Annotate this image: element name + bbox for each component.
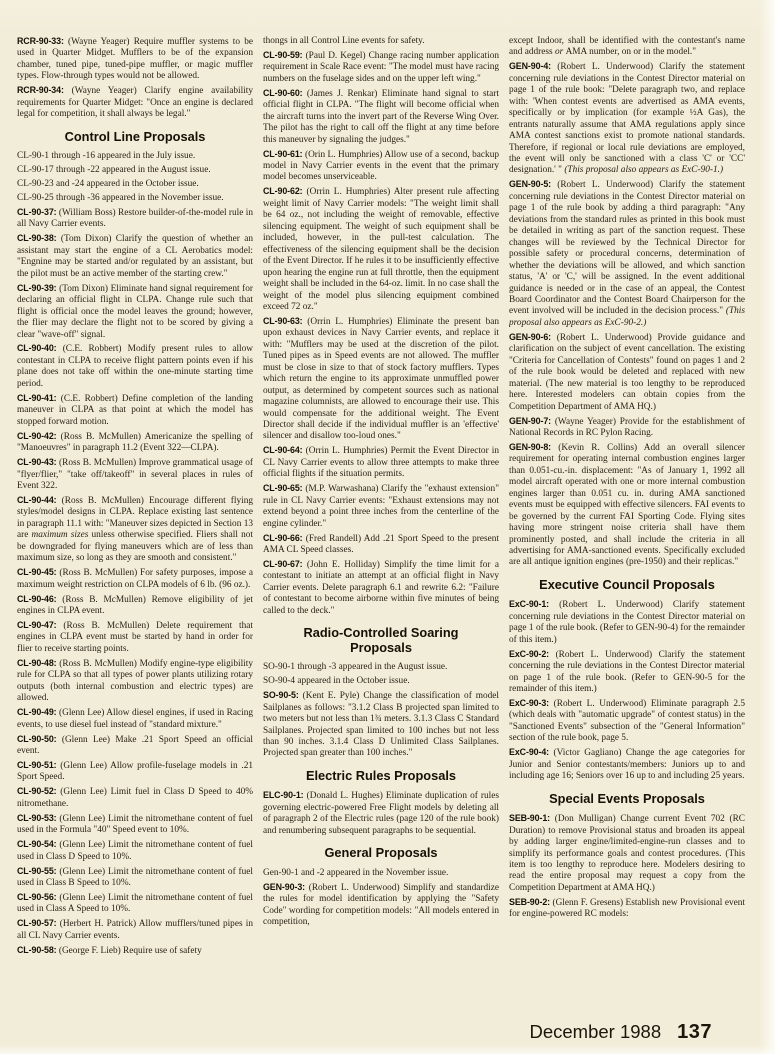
- proposal-entry: GEN-90-3: (Robert L. Underwood) Simplify…: [263, 882, 499, 929]
- proposal-entry: CL-90-50: (Glenn Lee) Make .21 Sport Spe…: [17, 734, 253, 758]
- proposal-entry: CL-90-63: (Orrin L. Humphries) Eliminate…: [263, 316, 499, 443]
- issue-note: SO-90-1 through -3 appeared in the Augus…: [263, 662, 499, 673]
- proposal-entry: ExC-90-2: (Robert L. Underwood) Clarify …: [509, 649, 745, 696]
- proposal-id: CL-90-60:: [263, 88, 303, 98]
- proposal-entry: GEN-90-4: (Robert L. Underwood) Clarify …: [509, 61, 745, 177]
- proposal-entry: CL-90-65: (M.P. Warwashana) Clarify the …: [263, 483, 499, 530]
- proposal-entry: CL-90-49: (Glenn Lee) Allow diesel engin…: [17, 707, 253, 731]
- issue-note: CL-90-25 through -36 appeared in the Nov…: [17, 193, 253, 204]
- proposal-id: CL-90-42:: [17, 431, 57, 441]
- page-number: 137: [677, 1021, 712, 1044]
- proposal-entry: CL-90-45: (Ross B. McMullen) For safety …: [17, 567, 253, 591]
- proposal-id: CL-90-58:: [17, 945, 57, 955]
- proposal-id: CL-90-56:: [17, 892, 57, 902]
- proposal-id: CL-90-51:: [17, 760, 57, 770]
- issue-note: Gen-90-1 and -2 appeared in the November…: [263, 868, 499, 879]
- proposal-entry: CL-90-47: (Ross B. McMullen) Delete requ…: [17, 620, 253, 655]
- proposal-id: SEB-90-2:: [509, 897, 550, 907]
- proposal-id: CL-90-40:: [17, 343, 57, 353]
- proposal-entry: CL-90-38: (Tom Dixon) Clarify the questi…: [17, 233, 253, 280]
- proposal-id: CL-90-43:: [17, 457, 57, 467]
- proposal-id: GEN-90-3:: [263, 882, 305, 892]
- proposal-id: CL-90-49:: [17, 707, 57, 717]
- issue-date: December 1988: [529, 1021, 661, 1043]
- proposal-id: CL-90-66:: [263, 533, 303, 543]
- proposal-entry: SEB-90-2: (Glenn F. Gresens) Establish n…: [509, 897, 745, 921]
- proposal-entry: CL-90-57: (Herbert H. Patrick) Allow muf…: [17, 918, 253, 942]
- proposal-id: CL-90-61:: [263, 149, 303, 159]
- proposal-id: CL-90-63:: [263, 316, 303, 326]
- proposal-id: CL-90-64:: [263, 445, 303, 455]
- text-columns: RCR-90-33: (Wayne Yeager) Require muffle…: [17, 36, 745, 1028]
- column-3: except Indoor, shall be identified with …: [509, 36, 745, 1028]
- proposal-id: GEN-90-5:: [509, 179, 551, 189]
- proposal-entry: CL-90-51: (Glenn Lee) Allow profile-fuse…: [17, 760, 253, 784]
- proposal-entry: ELC-90-1: (Donald L. Hughes) Eliminate d…: [263, 790, 499, 837]
- proposal-entry: CL-90-66: (Fred Randell) Add .21 Sport S…: [263, 533, 499, 557]
- proposal-entry: CL-90-48: (Ross B. McMullen) Modify engi…: [17, 658, 253, 705]
- proposal-entry: RCR-90-33: (Wayne Yeager) Require muffle…: [17, 36, 253, 83]
- proposal-id: RCR-90-34:: [17, 85, 64, 95]
- proposal-entry: CL-90-58: (George F. Lieb) Require use o…: [17, 945, 253, 957]
- proposal-entry: CL-90-42: (Ross B. McMullen) Americanize…: [17, 431, 253, 455]
- proposal-id: ExC-90-4:: [509, 747, 549, 757]
- proposal-entry: CL-90-44: (Ross B. McMullen) Encourage d…: [17, 495, 253, 565]
- proposal-entry: GEN-90-7: (Wayne Yeager) Provide for the…: [509, 416, 745, 440]
- proposal-entry: CL-90-67: (John E. Holliday) Simplify th…: [263, 559, 499, 617]
- proposal-id: CL-90-44:: [17, 495, 57, 505]
- proposal-entry: CL-90-53: (Glenn Lee) Limit the nitromet…: [17, 813, 253, 837]
- proposal-entry: ExC-90-1: (Robert L. Underwood) Clarify …: [509, 599, 745, 646]
- proposal-entry: RCR-90-34: (Wayne Yeager) Clarify engine…: [17, 85, 253, 120]
- proposal-id: CL-90-38:: [17, 233, 57, 243]
- proposal-id: GEN-90-6:: [509, 332, 551, 342]
- proposal-entry: CL-90-41: (C.E. Robbert) Define completi…: [17, 393, 253, 428]
- proposal-entry: CL-90-46: (Ross B. McMullen) Remove elig…: [17, 594, 253, 618]
- proposal-id: CL-90-41:: [17, 393, 57, 403]
- proposal-id: GEN-90-8:: [509, 442, 551, 452]
- proposal-id: RCR-90-33:: [17, 36, 64, 46]
- proposal-entry: CL-90-60: (James J. Renkar) Eliminate ha…: [263, 88, 499, 146]
- proposal-id: CL-90-47:: [17, 620, 57, 630]
- continuation-text: thongs in all Control Line events for sa…: [263, 36, 499, 47]
- proposal-entry: CL-90-39: (Tom Dixon) Eliminate hand sig…: [17, 283, 253, 341]
- proposal-entry: CL-90-59: (Paul D. Kegel) Change racing …: [263, 50, 499, 85]
- proposal-id: CL-90-62:: [263, 186, 303, 196]
- column-2: thongs in all Control Line events for sa…: [263, 36, 499, 1028]
- proposal-entry: ExC-90-3: (Robert L. Underwood) Eliminat…: [509, 698, 745, 745]
- proposal-id: ExC-90-2:: [509, 649, 549, 659]
- proposal-id: ExC-90-1:: [509, 599, 549, 609]
- proposal-id: CL-90-59:: [263, 50, 303, 60]
- proposal-id: CL-90-52:: [17, 786, 57, 796]
- proposal-entry: SO-90-5: (Kent E. Pyle) Change the class…: [263, 690, 499, 760]
- proposal-id: SEB-90-1:: [509, 813, 550, 823]
- column-1: RCR-90-33: (Wayne Yeager) Require muffle…: [17, 36, 253, 1028]
- proposal-id: CL-90-53:: [17, 813, 57, 823]
- proposal-entry: CL-90-55: (Glenn Lee) Limit the nitromet…: [17, 866, 253, 890]
- proposal-entry: SEB-90-1: (Don Mulligan) Change current …: [509, 813, 745, 894]
- proposal-entry: ExC-90-4: (Victor Gagliano) Change the a…: [509, 747, 745, 782]
- proposal-id: CL-90-55:: [17, 866, 57, 876]
- proposal-entry: GEN-90-6: (Robert L. Underwood) Provide …: [509, 332, 745, 413]
- issue-note: CL-90-23 and -24 appeared in the October…: [17, 179, 253, 190]
- proposal-entry: GEN-90-5: (Robert L. Underwood) Clarify …: [509, 179, 745, 329]
- page-footer: December 1988 137: [529, 1021, 712, 1044]
- proposal-id: ExC-90-3:: [509, 698, 549, 708]
- proposal-entry: CL-90-62: (Orrin L. Humphries) Alter pre…: [263, 186, 499, 313]
- proposal-id: CL-90-65:: [263, 483, 303, 493]
- proposal-entry: CL-90-52: (Glenn Lee) Limit fuel in Clas…: [17, 786, 253, 810]
- issue-note: CL-90-17 through -22 appeared in the Aug…: [17, 165, 253, 176]
- proposal-entry: CL-90-64: (Orrin L. Humphries) Permit th…: [263, 445, 499, 480]
- proposal-entry: CL-90-61: (Orin L. Humphries) Allow use …: [263, 149, 499, 184]
- issue-note: CL-90-1 through -16 appeared in the July…: [17, 151, 253, 162]
- section-heading: Executive Council Proposals: [509, 578, 745, 593]
- proposal-id: CL-90-57:: [17, 918, 57, 928]
- proposal-entry: CL-90-56: (Glenn Lee) Limit the nitromet…: [17, 892, 253, 916]
- proposal-id: CL-90-67:: [263, 559, 303, 569]
- proposal-id: CL-90-54:: [17, 839, 57, 849]
- section-heading: Radio-Controlled Soaring Proposals: [263, 626, 499, 655]
- proposal-id: CL-90-37:: [17, 207, 57, 217]
- proposal-id: CL-90-48:: [17, 658, 57, 668]
- proposal-id: GEN-90-4:: [509, 61, 551, 71]
- proposal-id: CL-90-46:: [17, 594, 57, 604]
- section-heading: Special Events Proposals: [509, 792, 745, 807]
- proposal-id: CL-90-39:: [17, 283, 57, 293]
- proposal-entry: CL-90-43: (Ross B. McMullen) Improve gra…: [17, 457, 253, 492]
- proposal-entry: GEN-90-8: (Kevin R. Collins) Add an over…: [509, 442, 745, 569]
- section-heading: Electric Rules Proposals: [263, 769, 499, 784]
- magazine-page: RCR-90-33: (Wayne Yeager) Require muffle…: [0, 0, 775, 1054]
- proposal-entry: CL-90-40: (C.E. Robbert) Modify present …: [17, 343, 253, 390]
- proposal-entry: CL-90-54: (Glenn Lee) Limit the nitromet…: [17, 839, 253, 863]
- proposal-id: CL-90-50:: [17, 734, 57, 744]
- proposal-id: ELC-90-1:: [263, 790, 304, 800]
- proposal-id: CL-90-45:: [17, 567, 57, 577]
- proposal-id: GEN-90-7:: [509, 416, 551, 426]
- issue-note: SO-90-4 appeared in the October issue.: [263, 676, 499, 687]
- section-heading: Control Line Proposals: [17, 130, 253, 145]
- section-heading: General Proposals: [263, 846, 499, 861]
- proposal-entry: CL-90-37: (William Boss) Restore builder…: [17, 207, 253, 231]
- continuation-text: except Indoor, shall be identified with …: [509, 36, 745, 59]
- proposal-id: SO-90-5:: [263, 690, 299, 700]
